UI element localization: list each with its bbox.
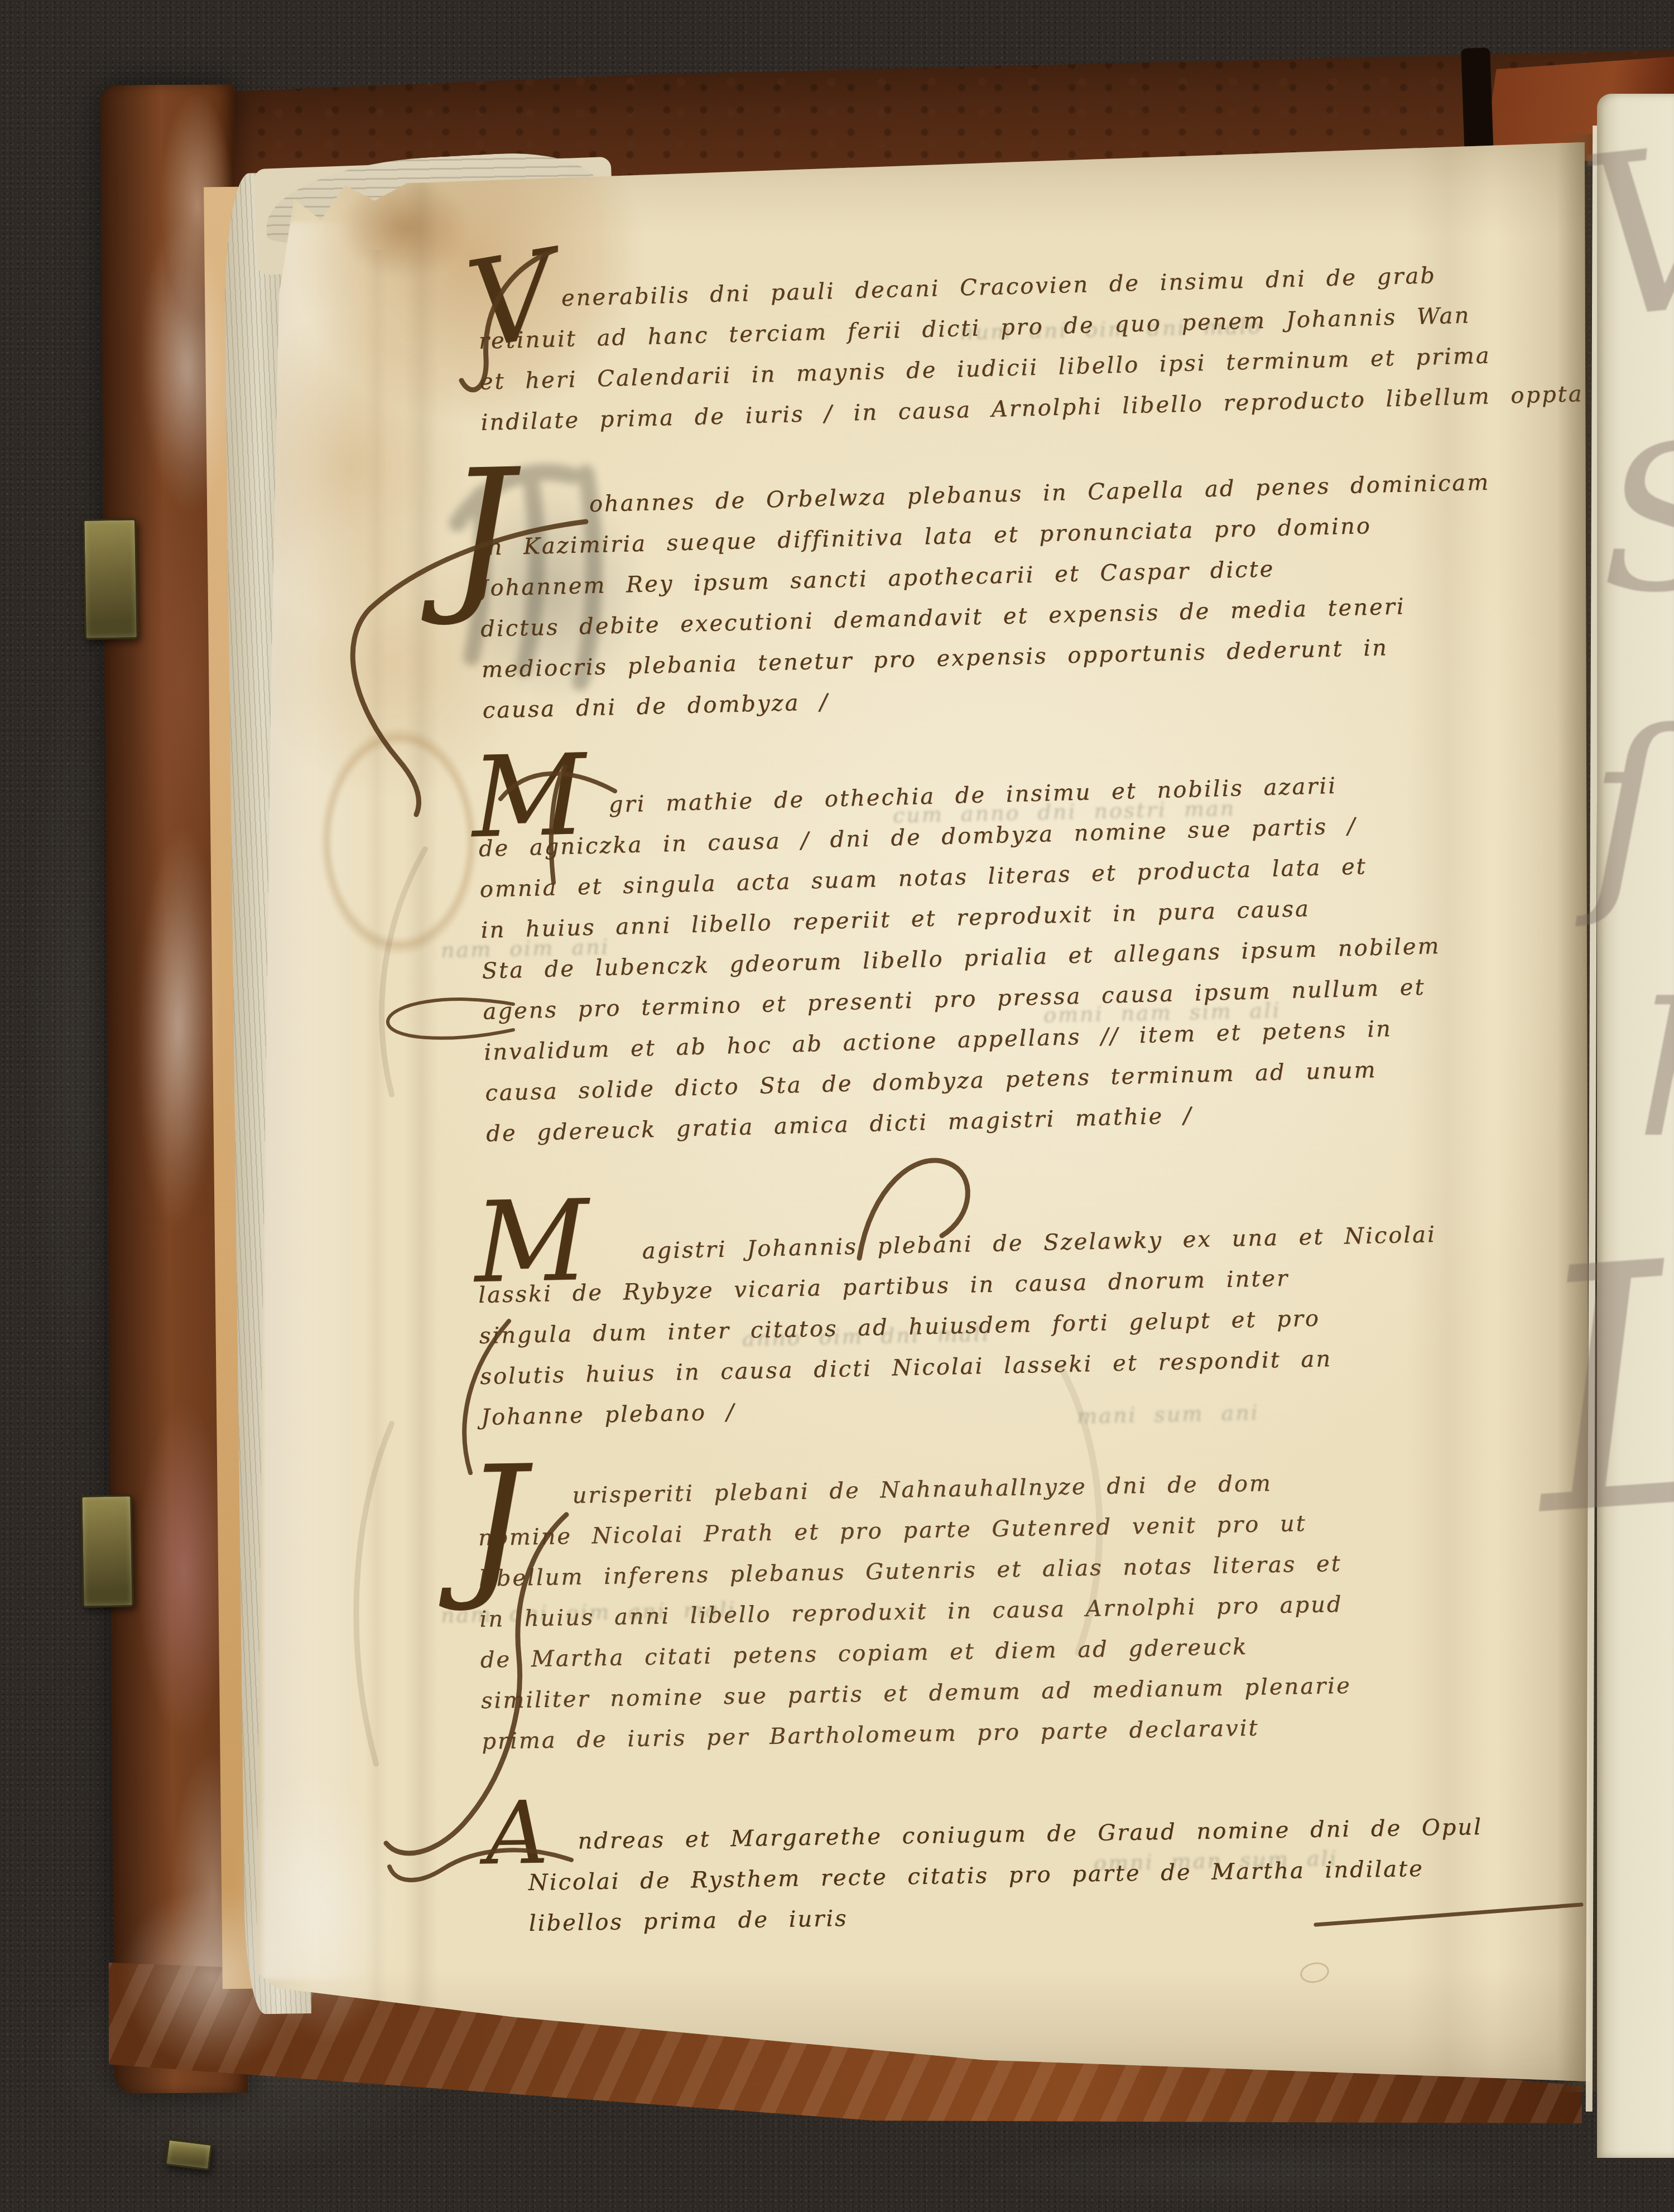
photo-backdrop: num ani oim dni malo cum anno dni nostri… (0, 0, 1674, 2212)
conservation-tissue (133, 825, 224, 1228)
brass-clasp-fragment (165, 2138, 212, 2170)
paragraph-initial: M (474, 1197, 591, 1288)
manuscript-paragraph: J urisperiti plebani de Nahnauhallnyze d… (477, 1462, 1352, 1762)
manuscript-paragraph: M gri mathie de othechia de insimu et no… (477, 763, 1445, 1155)
paragraph-initial: J (463, 1461, 530, 1587)
manuscript-paragraph: V enerabilis dni pauli decani Cracovien … (477, 252, 1584, 444)
manuscript-paragraph: M agistri Johannis plebani de Szelawky e… (477, 1215, 1440, 1438)
manuscript-paragraph: A ndreas et Margarethe coniugum de Graud… (527, 1807, 1484, 1944)
conservation-tissue (108, 1874, 316, 2082)
fabric-lint (949, 2137, 1562, 2209)
facing-ghost-initial: ſ (1589, 724, 1667, 894)
conservation-tissue (134, 221, 239, 515)
brass-clasp-lower (80, 1495, 133, 1608)
paragraph-initial: A (485, 1798, 550, 1868)
paragraph-initial: M (470, 751, 589, 843)
brass-clasp-upper (83, 518, 138, 640)
paragraph-initial: V (462, 245, 565, 354)
manuscript-paragraph: J ohannes de Orbelwza plebanus in Capell… (477, 462, 1495, 731)
facing-page-sliver: V S ſ h L (1597, 94, 1674, 2158)
paragraph-initial: J (446, 464, 518, 599)
facing-ghost-initial: h (1636, 997, 1674, 1145)
facing-ghost-initial: S (1601, 440, 1674, 600)
manuscript-page: num ani oim dni malo cum anno dni nostri… (246, 138, 1591, 2085)
facing-ghost-initial: L (1527, 1247, 1674, 1530)
